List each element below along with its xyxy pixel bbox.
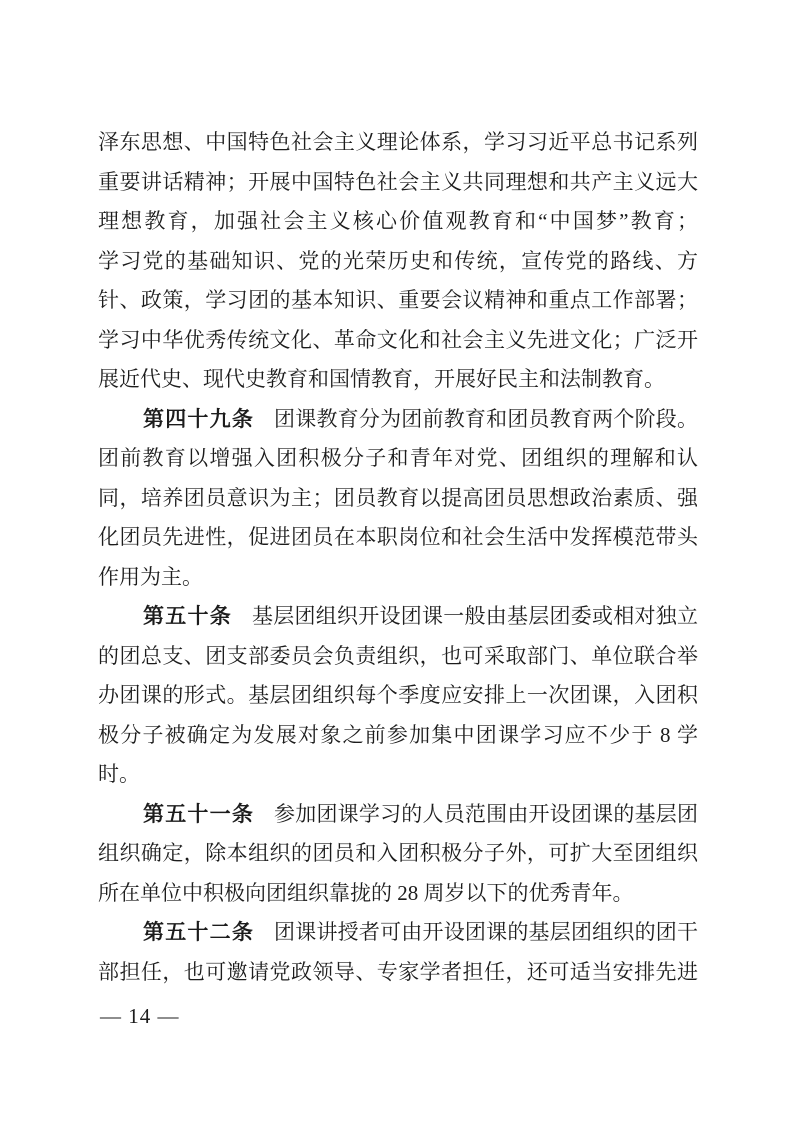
paragraph-line: 第五十二条团课讲授者可由开设团课的基层团组织的团干 <box>98 913 698 953</box>
paragraph-line: 第四十九条团课教育分为团前教育和团员教育两个阶段。 <box>98 400 698 440</box>
paragraph-line: 极分子被确定为发展对象之前参加集中团课学习应不少于 8 学 <box>98 716 698 756</box>
paragraph-line: 所在单位中积极向团组织靠拢的 28 周岁以下的优秀青年。 <box>98 874 698 914</box>
paragraph-line: 针、政策，学习团的基本知识、重要会议精神和重点工作部署； <box>98 281 698 321</box>
paragraph-line: 作用为主。 <box>98 558 698 598</box>
article-heading: 第五十条 <box>143 605 232 628</box>
paragraph-line: 理想教育，加强社会主义核心价值观教育和“中国梦”教育； <box>98 202 698 242</box>
paragraph-line: 第五十一条参加团课学习的人员范围由开设团课的基层团 <box>98 795 698 835</box>
paragraph-line: 办团课的形式。基层团组织每个季度应安排上一次团课，入团积 <box>98 676 698 716</box>
line-text: 团课教育分为团前教育和团员教育两个阶段。 <box>274 407 698 431</box>
paragraph-line: 团前教育以增强入团积极分子和青年对党、团组织的理解和认 <box>98 439 698 479</box>
paragraph-line: 化团员先进性，促进团员在本职岗位和社会生活中发挥模范带头 <box>98 518 698 558</box>
article-heading: 第四十九条 <box>143 408 254 431</box>
paragraph-article-51: 第五十一条参加团课学习的人员范围由开设团课的基层团 组织确定，除本组织的团员和入… <box>98 795 698 914</box>
line-text: 团课讲授者可由开设团课的基层团组织的团干 <box>274 920 698 944</box>
paragraph-article-49: 第四十九条团课教育分为团前教育和团员教育两个阶段。 团前教育以增强入团积极分子和… <box>98 400 698 598</box>
paragraph-line: 同，培养团员意识为主；团员教育以提高团员思想政治素质、强 <box>98 479 698 519</box>
page-number: — 14 — <box>100 1001 180 1031</box>
paragraph-line: 第五十条基层团组织开设团课一般由基层团委或相对独立 <box>98 597 698 637</box>
paragraph-line: 的团总支、团支部委员会负责组织，也可采取部门、单位联合举 <box>98 637 698 677</box>
article-heading: 第五十一条 <box>143 803 254 826</box>
paragraph-line: 学习中华优秀传统文化、革命文化和社会主义先进文化；广泛开 <box>98 321 698 361</box>
paragraph-line: 部担任，也可邀请党政领导、专家学者担任，还可适当安排先进 <box>98 953 698 993</box>
paragraph: 泽东思想、中国特色社会主义理论体系，学习习近平总书记系列 重要讲话精神；开展中国… <box>98 123 698 400</box>
line-text: 基层团组织开设团课一般由基层团委或相对独立 <box>252 604 698 628</box>
line-text: 参加团课学习的人员范围由开设团课的基层团 <box>274 802 698 826</box>
paragraph-line: 学习党的基础知识、党的光荣历史和传统，宣传党的路线、方 <box>98 242 698 282</box>
paragraph-line: 泽东思想、中国特色社会主义理论体系，学习习近平总书记系列 <box>98 123 698 163</box>
paragraph-line: 重要讲话精神；开展中国特色社会主义共同理想和共产主义远大 <box>98 163 698 203</box>
paragraph-line: 组织确定，除本组织的团员和入团积极分子外，可扩大至团组织 <box>98 834 698 874</box>
paragraph-article-52: 第五十二条团课讲授者可由开设团课的基层团组织的团干 部担任，也可邀请党政领导、专… <box>98 913 698 992</box>
text-body: 泽东思想、中国特色社会主义理论体系，学习习近平总书记系列 重要讲话精神；开展中国… <box>98 123 698 992</box>
paragraph-article-50: 第五十条基层团组织开设团课一般由基层团委或相对独立 的团总支、团支部委员会负责组… <box>98 597 698 795</box>
document-page: 泽东思想、中国特色社会主义理论体系，学习习近平总书记系列 重要讲话精神；开展中国… <box>0 0 793 1122</box>
paragraph-line: 时。 <box>98 755 698 795</box>
article-heading: 第五十二条 <box>143 921 254 944</box>
paragraph-line: 展近代史、现代史教育和国情教育，开展好民主和法制教育。 <box>98 360 698 400</box>
